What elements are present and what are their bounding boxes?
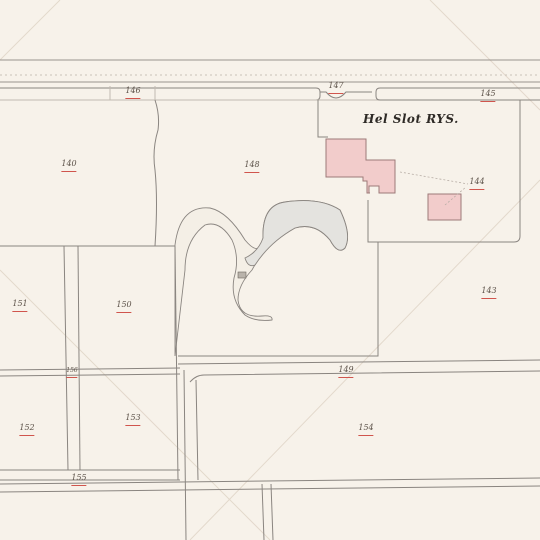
- road-label-146: 146: [125, 87, 140, 99]
- main-road: [0, 60, 540, 82]
- road-label-145: 145: [480, 90, 495, 102]
- parcel-label-148: 148: [244, 161, 259, 173]
- parcel-label-153: 153: [125, 414, 140, 426]
- road-label-156: 156: [66, 368, 77, 378]
- outbuilding: [428, 194, 461, 220]
- parcel-label-140: 140: [61, 160, 76, 172]
- estate-title: Hel Slot RYS.: [363, 112, 459, 126]
- construction-lines: [0, 0, 540, 540]
- parcel-label-154: 154: [358, 424, 373, 436]
- parcel-label-151: 151: [12, 300, 27, 312]
- parcel-140-boundary: [0, 100, 175, 246]
- parcel-label-143: 143: [481, 287, 496, 299]
- cadastral-map: Hel Slot RYS. 140 148 144 143 151 150 15…: [0, 0, 540, 540]
- bridge-icon: [238, 272, 246, 278]
- parcel-label-144: 144: [469, 178, 484, 190]
- parcel-label-152: 152: [19, 424, 34, 436]
- lower-parcels: [0, 246, 540, 540]
- road-label-149: 149: [338, 366, 353, 378]
- map-linework: [0, 0, 540, 540]
- road-strip-146: [0, 86, 540, 100]
- garden-pond: [175, 201, 348, 356]
- parcel-label-150: 150: [116, 301, 131, 313]
- road-label-147: 147: [328, 82, 343, 94]
- road-label-155: 155: [71, 474, 86, 486]
- manor-house: [326, 139, 395, 193]
